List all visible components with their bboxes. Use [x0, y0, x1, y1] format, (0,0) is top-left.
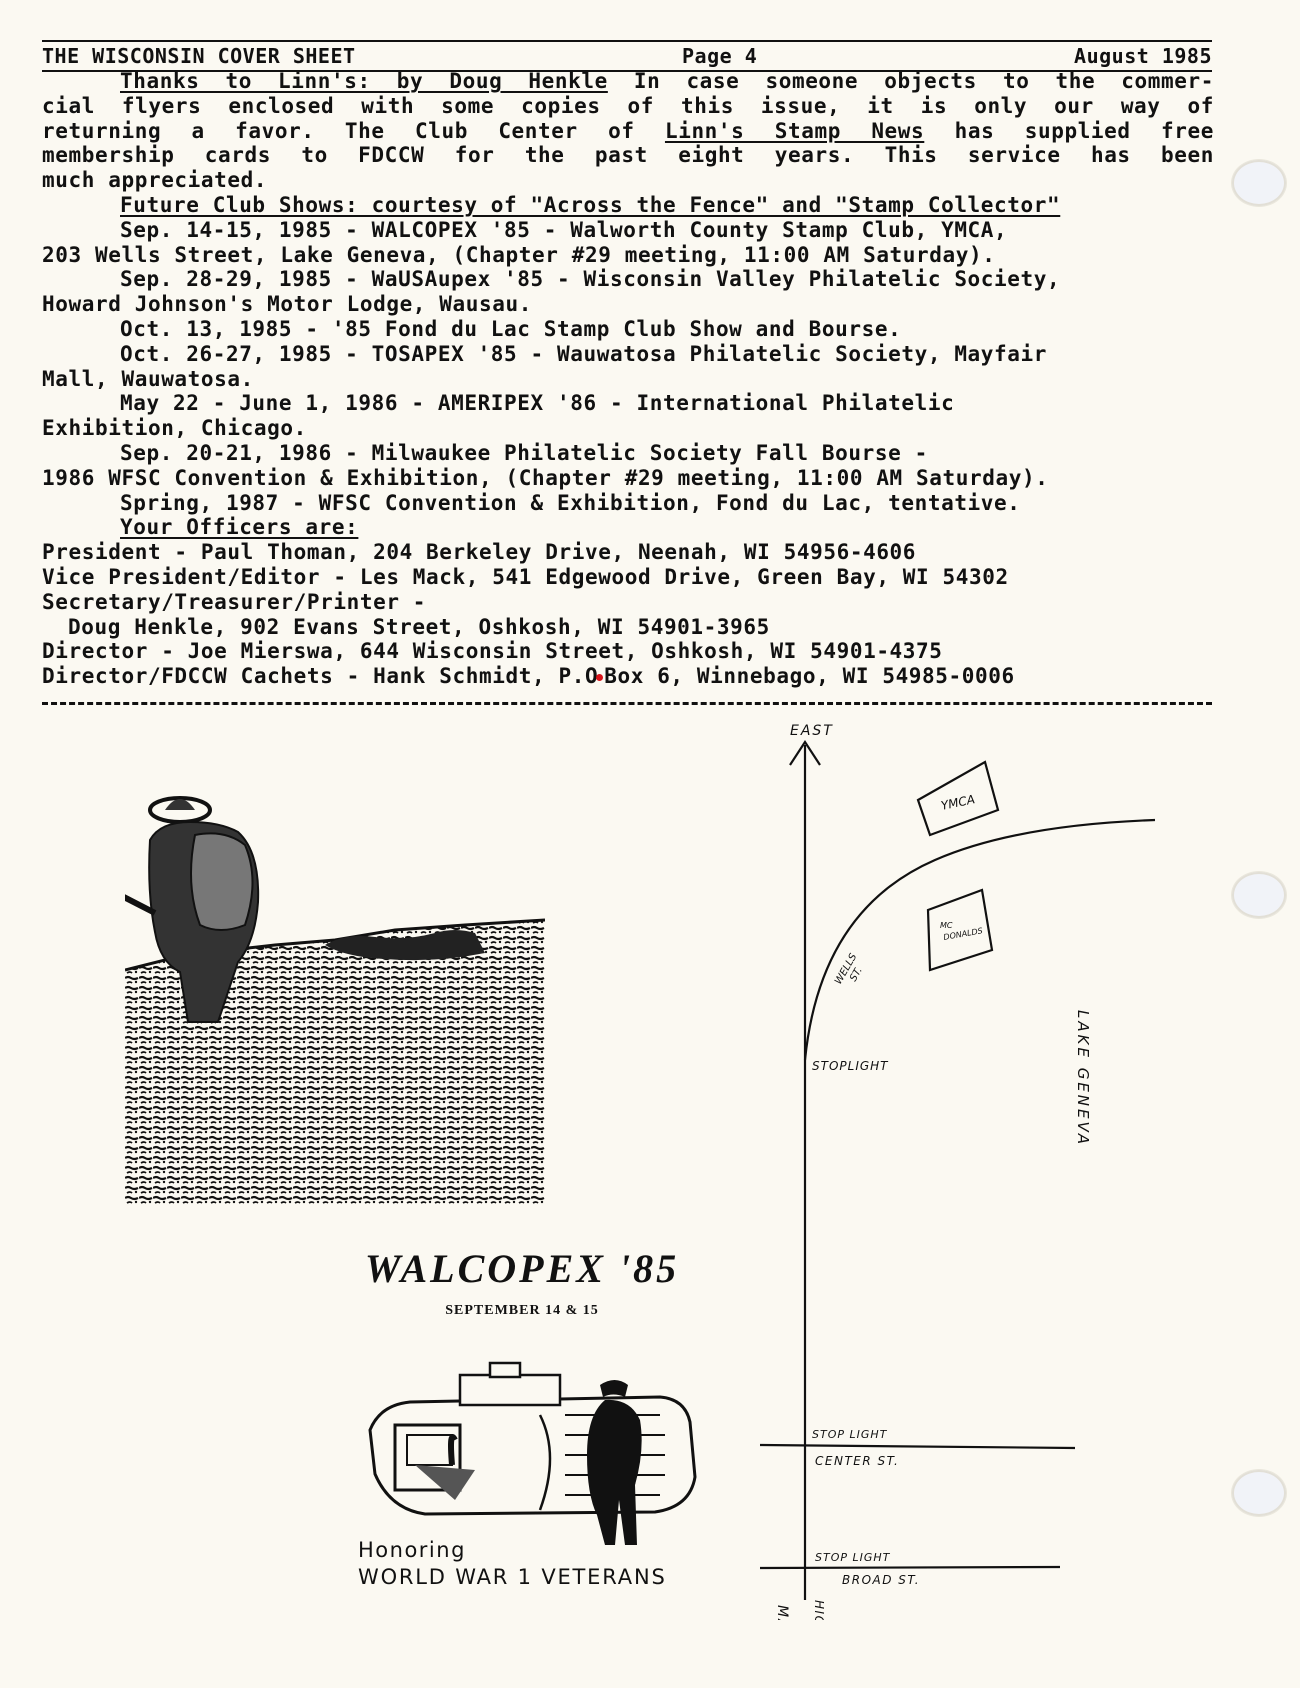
soldier-battlefield-illustration	[125, 795, 545, 1205]
newsletter-page: THE WISCONSIN COVER SHEET Page 4 August …	[0, 0, 1300, 1688]
shows-list: Sep. 14-15, 1985 - WALCOPEX '85 - Walwor…	[42, 218, 1214, 516]
thanks-line-3: returning a favor. The Club Center of Li…	[42, 119, 1214, 144]
show-listing-line: Howard Johnson's Motor Lodge, Wausau.	[42, 292, 1214, 317]
thanks-line-5: much appreciated.	[42, 168, 1214, 193]
officers-list: President - Paul Thoman, 204 Berkeley Dr…	[42, 540, 1214, 664]
show-listing-line: 1986 WFSC Convention & Exhibition, (Chap…	[42, 466, 1214, 491]
issue-date: August 1985	[1074, 44, 1212, 68]
show-listing-line: Exhibition, Chicago.	[42, 416, 1214, 441]
show-listing-line: Oct. 26-27, 1985 - TOSAPEX '85 - Wauwato…	[42, 342, 1214, 367]
shows-heading: Future Club Shows: courtesy of "Across t…	[120, 193, 1060, 217]
officer-line-cachets: Director/FDCCW Cachets - Hank Schmidt, P…	[42, 664, 1214, 689]
map-label-mcdonalds-1: MC	[940, 921, 953, 930]
show-listing-line: Sep. 14-15, 1985 - WALCOPEX '85 - Walwor…	[42, 218, 1214, 243]
dashed-divider	[42, 702, 1212, 705]
show-listing-line: Sep. 28-29, 1985 - WaUSAupex '85 - Wisco…	[42, 267, 1214, 292]
top-rule	[42, 40, 1212, 42]
map-label-center-st: CENTER ST.	[815, 1454, 899, 1468]
show-listing-line: Mall, Wauwatosa.	[42, 367, 1214, 392]
thanks-line-1: Thanks to Linn's: by Doug Henkle In case…	[42, 69, 1214, 94]
flyer-title: WALCOPEX '85	[352, 1245, 692, 1292]
ww1-tank-illustration	[355, 1355, 700, 1555]
linns-stamp-news-ref: Linn's Stamp News	[665, 119, 924, 143]
map-label-stoplight-broad: STOP LIGHT	[815, 1551, 891, 1564]
veterans-label: WORLD WAR 1 VETERANS	[358, 1565, 667, 1589]
map-label-stoplight-wells: STOPLIGHT	[812, 1059, 889, 1073]
officers-heading: Your Officers are:	[120, 515, 358, 539]
page-header: THE WISCONSIN COVER SHEET Page 4 August …	[42, 44, 1212, 72]
map-label-east: EAST	[790, 723, 834, 739]
thanks-line-2: cial flyers enclosed with some copies of…	[42, 94, 1214, 119]
officer-line: Secretary/Treasurer/Printer -	[42, 590, 1214, 615]
flyer-dates: SEPTEMBER 14 & 15	[352, 1303, 692, 1319]
map-label-stoplight-center: STOP LIGHT	[812, 1428, 888, 1441]
binder-hole-top	[1232, 160, 1286, 206]
honoring-label: Honoring	[358, 1538, 466, 1562]
map-label-lake-geneva: LAKE GENEVA	[1074, 1010, 1092, 1147]
officer-line: Vice President/Editor - Les Mack, 541 Ed…	[42, 565, 1214, 590]
show-listing-line: May 22 - June 1, 1986 - AMERIPEX '86 - I…	[42, 391, 1214, 416]
show-listing-line: Oct. 13, 1985 - '85 Fond du Lac Stamp Cl…	[42, 317, 1214, 342]
show-listing-line: Spring, 1987 - WFSC Convention & Exhibit…	[42, 491, 1214, 516]
thanks-line-4: membership cards to FDCCW for the past e…	[42, 143, 1214, 168]
map-label-ymca: YMCA	[940, 792, 976, 813]
shows-heading-line: Future Club Shows: courtesy of "Across t…	[42, 193, 1214, 218]
binder-hole-middle	[1232, 872, 1286, 918]
binder-hole-bottom	[1232, 1470, 1286, 1516]
article-body: Thanks to Linn's: by Doug Henkle In case…	[42, 69, 1214, 689]
officer-line: Director - Joe Mierswa, 644 Wisconsin St…	[42, 639, 1214, 664]
newsletter-title: THE WISCONSIN COVER SHEET	[42, 44, 356, 68]
map-label-main-st: MAIN ST.	[774, 1605, 790, 1620]
officer-line: President - Paul Thoman, 204 Berkeley Dr…	[42, 540, 1214, 565]
page-number: Page 4	[682, 44, 757, 68]
officer-line: Doug Henkle, 902 Evans Street, Oshkosh, …	[42, 615, 1214, 640]
show-listing-line: 203 Wells Street, Lake Geneva, (Chapter …	[42, 243, 1214, 268]
red-ink-mark	[596, 674, 603, 681]
map-label-broad-st: BROAD ST.	[842, 1573, 920, 1587]
thanks-heading: Thanks to Linn's: by Doug Henkle	[120, 69, 608, 93]
show-listing-line: Sep. 20-21, 1986 - Milwaukee Philatelic …	[42, 441, 1214, 466]
officers-heading-line: Your Officers are:	[42, 515, 1214, 540]
map-label-highway-50: HIGHWAY 50	[812, 1600, 826, 1620]
hand-drawn-directions-map: EAST YMCA MC DONALDS WELLS ST. STOPLIGHT…	[760, 720, 1190, 1620]
